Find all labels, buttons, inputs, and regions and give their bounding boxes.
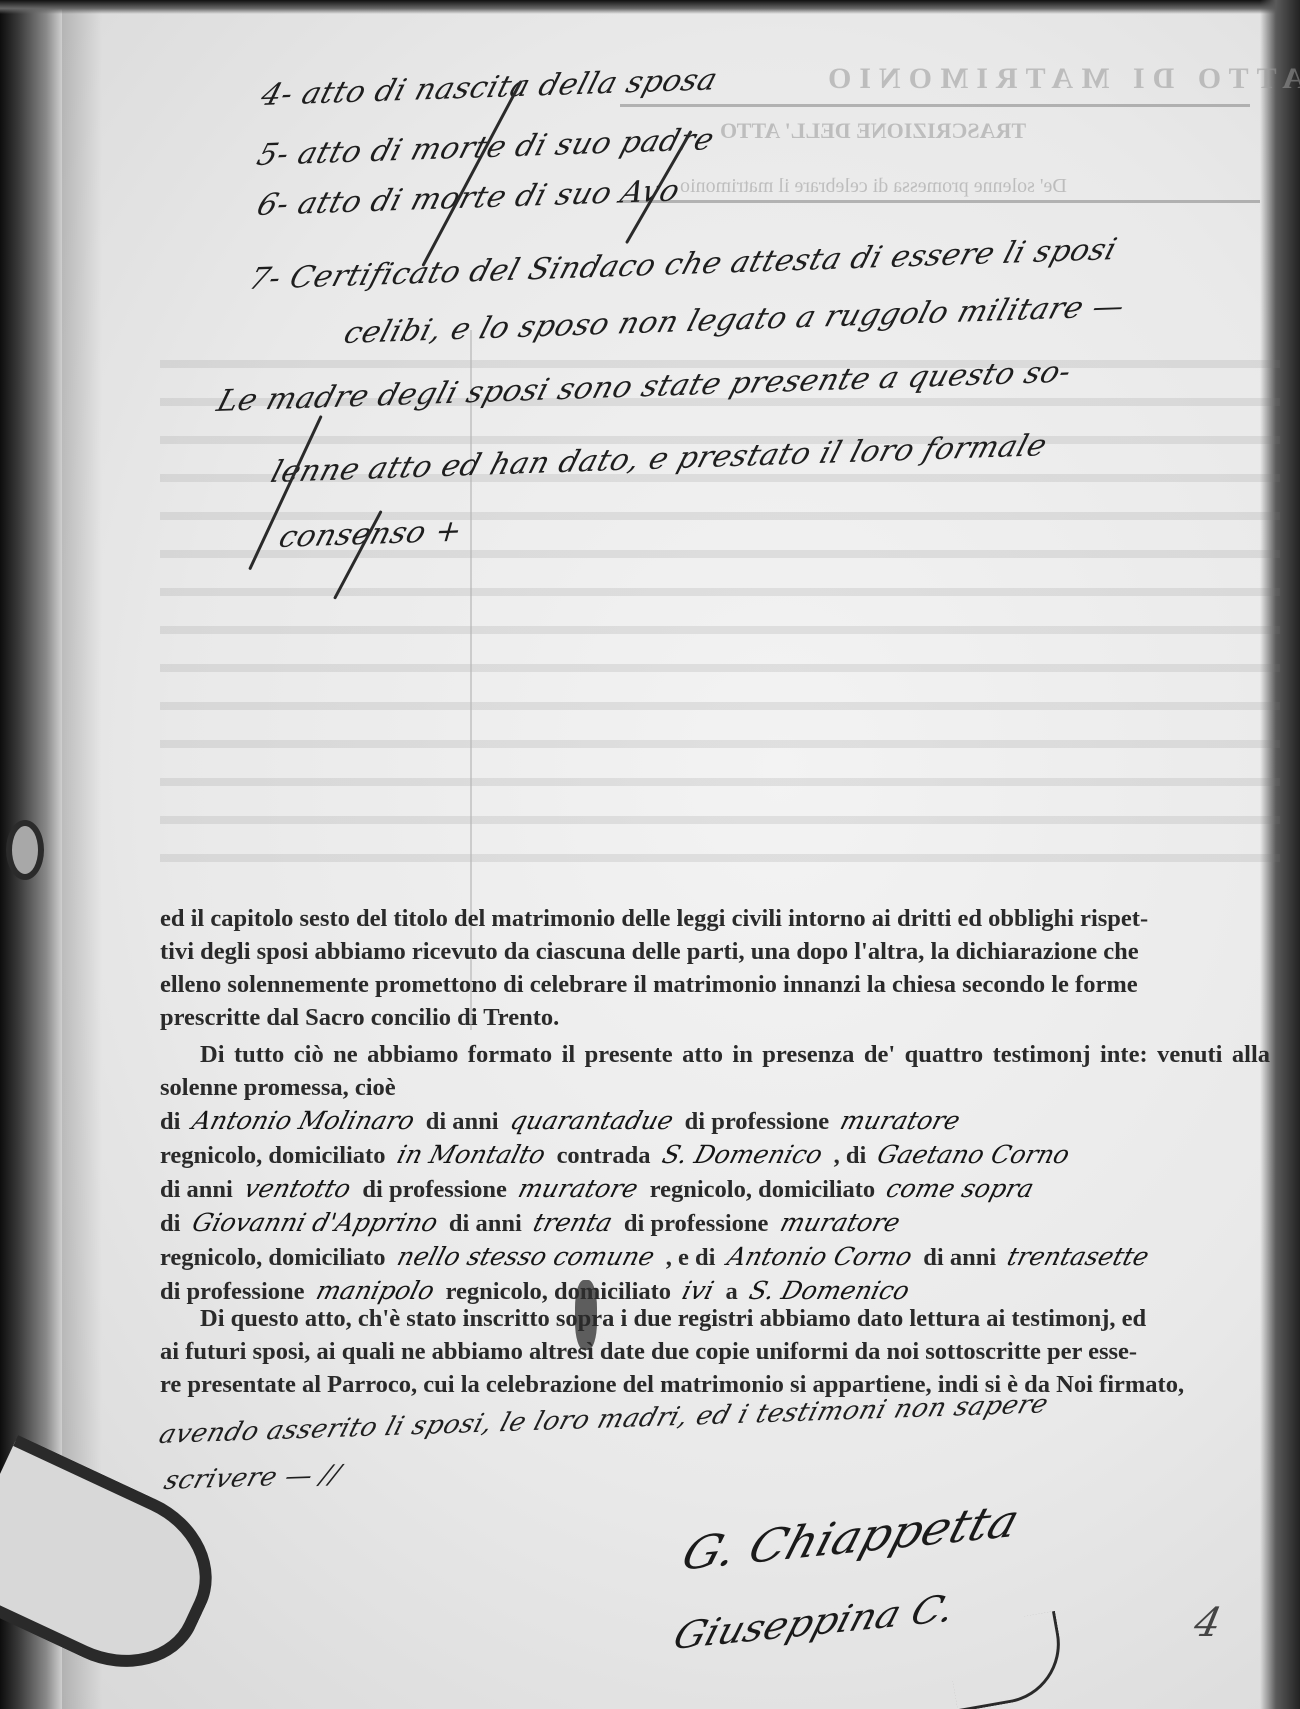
list-number: 5-	[253, 137, 294, 173]
printed-line: Di questo atto, ch'è stato inscritto sop…	[160, 1302, 1270, 1335]
top-edge	[0, 0, 1300, 14]
witness-age: ventotto	[241, 1172, 355, 1205]
witness-age: trenta	[530, 1206, 617, 1239]
header-rule	[620, 104, 1250, 107]
label: a	[725, 1278, 737, 1305]
witness-name: Gaetano Corno	[874, 1138, 1074, 1171]
label: di anni	[449, 1210, 522, 1237]
witness-residence: come sopra	[883, 1172, 1038, 1205]
label: regnicolo, domiciliato	[160, 1244, 385, 1271]
printed-line: ed il capitolo sesto del titolo del matr…	[160, 902, 1270, 935]
label: regnicolo, domiciliato	[446, 1278, 671, 1305]
witness-profession: muratore	[776, 1206, 903, 1239]
signature: G. Chiappetta	[676, 1493, 1026, 1580]
witness-profession: muratore	[837, 1104, 964, 1137]
witness-line: regnicolo, domiciliato in Montalto contr…	[160, 1138, 1270, 1172]
printed-paragraph: Di questo atto, ch'è stato inscritto sop…	[160, 1302, 1270, 1401]
handwritten-closing-line: scrivere — //	[161, 1460, 345, 1496]
list-number: 6-	[253, 187, 294, 223]
header-rule	[620, 200, 1260, 203]
witness-age: trentasette	[1004, 1240, 1153, 1273]
binding-hole-icon	[6, 820, 44, 880]
ghost-header-line: De' solenne promessa di celebrare il mat…	[680, 175, 1067, 198]
handwritten-note-line: consenso +	[275, 514, 467, 555]
signature-flourish	[944, 1611, 1070, 1709]
pen-stroke	[421, 80, 522, 267]
label: contrada	[557, 1142, 651, 1169]
ghost-header-title: ATTO DI MATRIMONIO	[820, 62, 1300, 96]
label: regnicolo, domiciliato	[160, 1142, 385, 1169]
label: regnicolo, domiciliato	[650, 1176, 875, 1203]
label: , di	[834, 1142, 867, 1169]
witness-name: Giovanni d'Apprino	[188, 1206, 441, 1239]
printed-paragraph: ed il capitolo sesto del titolo del matr…	[160, 902, 1270, 1034]
printed-line: ai futuri sposi, ai quali ne abbiamo alt…	[160, 1335, 1270, 1368]
label: di anni	[923, 1244, 996, 1271]
witness-line: regnicolo, domiciliato nello stesso comu…	[160, 1240, 1270, 1274]
printed-line: elleno solennemente promettono di celebr…	[160, 968, 1270, 1001]
label: di	[160, 1210, 180, 1237]
label: di professione	[362, 1176, 507, 1203]
list-text: atto di morte di suo padre	[294, 122, 719, 171]
page-number: 4	[1190, 1600, 1225, 1646]
label: di	[160, 1108, 180, 1135]
label: di anni	[426, 1108, 499, 1135]
label: di professione	[685, 1108, 830, 1135]
list-number: 7-	[245, 261, 286, 297]
printed-intro: Di tutto ciò ne abbiamo formato il prese…	[160, 1038, 1270, 1104]
list-text: atto di morte di suo Avo	[294, 173, 684, 221]
witness-name: Antonio Molinaro	[188, 1104, 418, 1137]
printed-line: tivi degli sposi abbiamo ricevuto da cia…	[160, 935, 1270, 968]
label: di professione	[160, 1278, 305, 1305]
witness-age: quarantadue	[506, 1104, 677, 1137]
label: di anni	[160, 1176, 233, 1203]
witness-name: Antonio Corno	[723, 1240, 915, 1273]
witness-residence: in Montalto	[393, 1138, 549, 1171]
printed-line: re presentate al Parroco, cui la celebra…	[160, 1368, 1270, 1401]
witness-line: di anni ventotto di professione muratore…	[160, 1172, 1270, 1206]
ghost-header-subtitle: TRASCRIZIONE DELL' ATTO	[720, 118, 1026, 144]
witness-line: di Giovanni d'Apprino di anni trenta di …	[160, 1206, 1270, 1240]
signature: Giuseppina C.	[669, 1586, 961, 1658]
gutter-shadow	[62, 0, 102, 1709]
witness-profession: muratore	[515, 1172, 642, 1205]
witness-street: S. Domenico	[658, 1138, 826, 1171]
handwritten-list-item: 7- Certificato del Sindaco che attesta d…	[245, 232, 1121, 297]
label: , e di	[666, 1244, 716, 1271]
printed-line: prescritte dal Sacro concilio di Trento.	[160, 1001, 1270, 1034]
witness-paragraph: Di tutto ciò ne abbiamo formato il prese…	[160, 1038, 1270, 1308]
list-number: 4-	[257, 77, 298, 113]
document-page: ATTO DI MATRIMONIO TRASCRIZIONE DELL' AT…	[0, 0, 1300, 1709]
label: di professione	[624, 1210, 769, 1237]
list-text: Certificato del Sindaco che attesta di e…	[286, 232, 1121, 295]
witness-residence: nello stesso comune	[393, 1240, 658, 1273]
witness-line: di Antonio Molinaro di anni quarantadue …	[160, 1104, 1270, 1138]
